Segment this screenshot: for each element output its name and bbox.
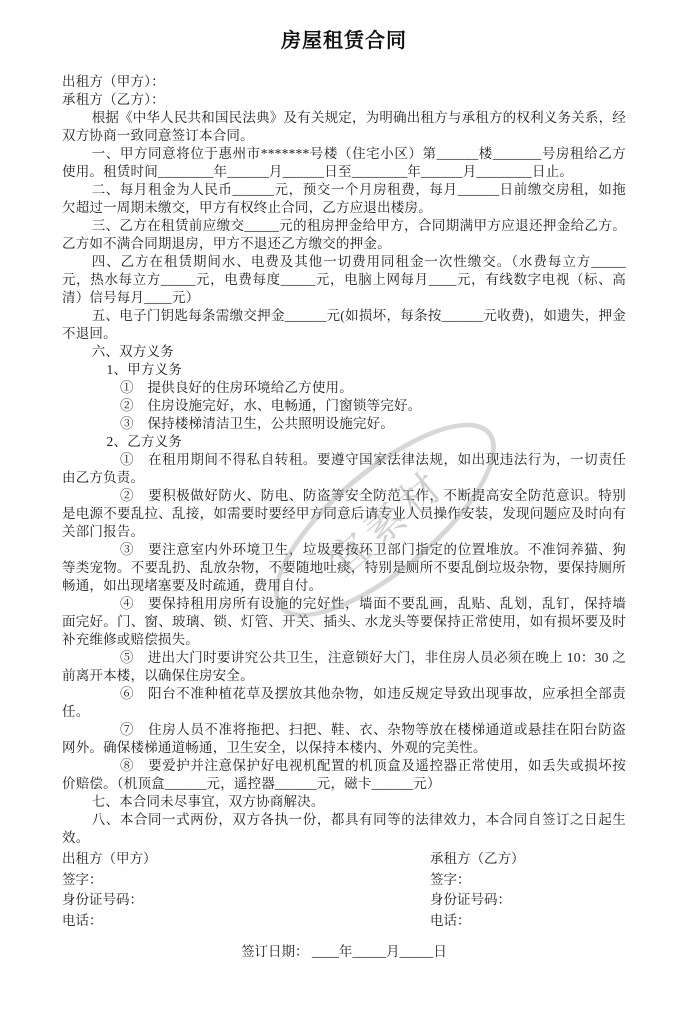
- lessor-phone-line: 电话：: [62, 911, 430, 932]
- signing-date-line: 签订日期： ____年_____月_____日: [62, 943, 626, 961]
- contract-paragraph: ③ 保持楼梯清洁卫生，公共照明设施完好。: [62, 415, 626, 433]
- lessee-party-label: 承租方（乙方）: [430, 849, 626, 870]
- contract-paragraph: 八、本合同一式两份，双方各执一份，都具有同等的法律效力，本合同自签订之日起生效。: [62, 811, 626, 847]
- lessor-signature-column: 出租方（甲方） 签字： 身份证号码： 电话：: [62, 849, 430, 931]
- lessor-id-line: 身份证号码：: [62, 890, 430, 911]
- contract-paragraph: 七、本合同未尽事宜，双方协商解决。: [62, 793, 626, 811]
- contract-paragraph: 四、乙方在租赁期间水、电费及其他一切费用同租金一次性缴交。（水费每立方_____…: [62, 253, 626, 307]
- contract-paragraph: ② 要积极做好防火、防电、防盗等安全防范工作，不断提高安全防范意识。特别是电源不…: [62, 487, 626, 541]
- contract-paragraph: ⑥ 阳台不准种植花草及摆放其他杂物，如违反规定导致出现事故，应承担全部责任。: [62, 685, 626, 721]
- contract-paragraph: ① 在租用期间不得私自转租。要遵守国家法律法规，如出现违法行为，一切责任由乙方负…: [62, 451, 626, 487]
- contract-paragraph: 三、乙方在租赁前应缴交_____元的租房押金给甲方，合同期满甲方应退还押金给乙方…: [62, 217, 626, 253]
- contract-paragraph: 二、每月租金为人民币______元，预交一个月房租费，每月______日前缴交房…: [62, 181, 626, 217]
- contract-paragraph: 承租方（乙方）：: [62, 91, 626, 109]
- contract-paragraph: ⑦ 住房人员不准将拖把、扫把、鞋、衣、杂物等放在楼梯通道或悬挂在阳台防盗网外。确…: [62, 721, 626, 757]
- contract-paragraph: 五、电子门钥匙每条需缴交押金______元(如损坏，每条按______元收费)，…: [62, 307, 626, 343]
- contract-paragraph: ⑧ 要爱护并注意保护好电视机配置的机顶盒及遥控器正常使用，如丢失或损坏按价赔偿。…: [62, 757, 626, 793]
- contract-paragraph: ② 住房设施完好，水、电畅通，门窗锁等完好。: [62, 397, 626, 415]
- contract-paragraph: ⑤ 进出大门时要讲究公共卫生，注意锁好大门，非住房人员必须在晚上 10：30 之…: [62, 649, 626, 685]
- lessee-id-line: 身份证号码：: [430, 890, 626, 911]
- contract-paragraph: 2、乙方义务: [62, 433, 626, 451]
- contract-paragraph: 一、甲方同意将位于惠州市*******号楼（住宅小区）第______楼_____…: [62, 145, 626, 181]
- document-title: 房屋租赁合同: [62, 24, 626, 53]
- signature-block: 出租方（甲方） 签字： 身份证号码： 电话： 承租方（乙方） 签字： 身份证号码…: [62, 849, 626, 931]
- contract-paragraph: 六、双方义务: [62, 343, 626, 361]
- lessor-party-label: 出租方（甲方）: [62, 849, 430, 870]
- contract-paragraph: 出租方（甲方）：: [62, 73, 626, 91]
- contract-paragraph: ① 提供良好的住房环境给乙方使用。: [62, 379, 626, 397]
- lessor-sign-line: 签字：: [62, 870, 430, 891]
- contract-paragraph: 1、甲方义务: [62, 361, 626, 379]
- contract-paragraph: ④ 要保持租用房所有设施的完好性，墙面不要乱画，乱贴、乱划，乱钉，保持墙面完好。…: [62, 595, 626, 649]
- lessee-phone-line: 电话：: [430, 911, 626, 932]
- contract-body: 出租方（甲方）： 承租方（乙方）： 根据《中华人民共和国民法典》及有关规定，为明…: [62, 73, 626, 847]
- lessee-sign-line: 签字：: [430, 870, 626, 891]
- contract-page: 房屋租赁合同 出租方（甲方）： 承租方（乙方）： 根据《中华人民共和国民法典》及…: [0, 0, 688, 961]
- contract-paragraph: 根据《中华人民共和国民法典》及有关规定，为明确出租方与承租方的权利义务关系，经双…: [62, 109, 626, 145]
- contract-paragraph: ③ 要注意室内外环境卫生，垃圾要按环卫部门指定的位置堆放。不准饲养猫、狗等类宠物…: [62, 541, 626, 595]
- lessee-signature-column: 承租方（乙方） 签字： 身份证号码： 电话：: [430, 849, 626, 931]
